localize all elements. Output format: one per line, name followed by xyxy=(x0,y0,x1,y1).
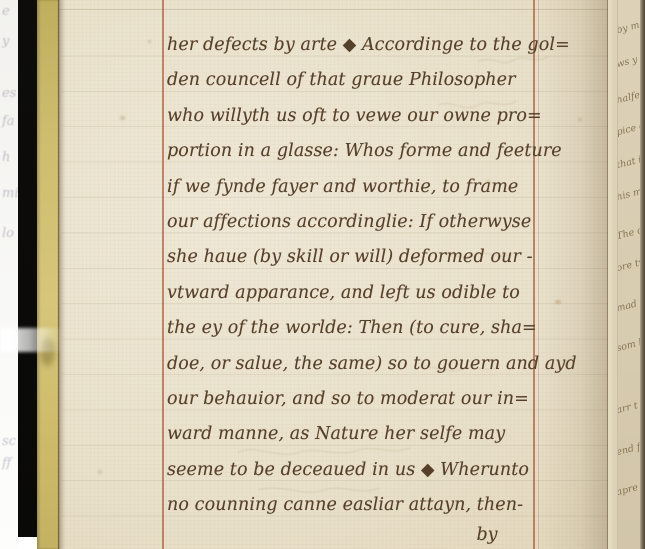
adjacent-text-fragment: arr t xyxy=(618,395,640,416)
photo-right-dark-edge xyxy=(640,0,645,549)
ghost-text-fragment: lo xyxy=(2,226,14,241)
adjacent-text-fragment: ore tw xyxy=(618,253,640,274)
foxing-spot xyxy=(98,470,102,474)
top-ruled-line xyxy=(58,9,612,10)
book-fore-edge-gold xyxy=(37,0,59,549)
adjacent-text-fragment: that is xyxy=(618,150,640,171)
text-line: vtward apparance, and left us odible to xyxy=(167,276,557,311)
left-margin-rule-line xyxy=(162,0,164,549)
adjacent-text-fragment: mad f xyxy=(618,293,640,314)
text-line: if we fynde fayer and worthie, to frame xyxy=(167,170,557,205)
manuscript-page: her defects by arte ◆ Accordinge to the … xyxy=(58,0,612,549)
adjacent-text-fragment: som h xyxy=(618,333,640,354)
ghost-text-fragment: e xyxy=(2,4,10,19)
adjacent-text-fragment: halfe m xyxy=(618,85,640,106)
adjacent-text-fragment: apre xyxy=(618,477,640,498)
text-line: she haue (by skill or will) deformed our… xyxy=(167,240,557,275)
ghost-text-fragment: sc xyxy=(2,434,16,449)
gutter-shadow xyxy=(58,0,66,549)
ghost-text-fragment: fa xyxy=(2,114,15,129)
adjacent-text-fragment: The ca xyxy=(618,221,640,242)
ghost-text-fragment: h xyxy=(2,150,10,165)
ghost-text-fragment: y xyxy=(2,34,9,49)
adjacent-text-fragment: his ma xyxy=(618,182,640,203)
adjacent-text-fragment: ws y al xyxy=(618,49,640,70)
text-line: her defects by arte ◆ Accordinge to the … xyxy=(167,28,557,63)
text-line: our behauior, and so to moderat our in= xyxy=(167,382,557,417)
adjacent-page-edge: by mad ws y al halfe m pice of that is h… xyxy=(618,0,640,549)
foxing-spot xyxy=(148,40,151,43)
ghost-text-fragment: ff xyxy=(2,456,11,471)
text-line: ward manne, as Nature her selfe may xyxy=(167,417,557,452)
manuscript-photo: her defects by arte ◆ Accordinge to the … xyxy=(0,0,645,549)
text-line: our affections accordinglie: If otherwys… xyxy=(167,205,557,240)
text-line: seeme to be deceaued in us ◆ Wherunto xyxy=(167,453,557,488)
ghost-text-fragment: mi xyxy=(2,186,18,201)
text-line: portion in a glasse: Whos forme and feet… xyxy=(167,134,557,169)
light-reflection-streak xyxy=(0,328,64,352)
text-line: no counning canne easliar attayn, then- xyxy=(167,488,557,523)
text-line: the ey of the worlde: Then (to cure, sha… xyxy=(167,311,557,346)
black-backdrop-strip xyxy=(18,0,37,537)
adjacent-text-fragment: pice of xyxy=(618,117,640,138)
adjacent-text-fragment: by mad xyxy=(618,15,640,36)
catchword: by xyxy=(462,525,512,545)
page-fold-band xyxy=(607,0,618,549)
ghost-text-fragment: es xyxy=(2,86,16,101)
foxing-spot xyxy=(120,116,125,120)
handwritten-text-block: her defects by arte ◆ Accordinge to the … xyxy=(167,28,557,523)
page-curve-shadow xyxy=(540,0,612,549)
text-line: who willyth us oft to vewe our owne pro= xyxy=(167,99,557,134)
adjacent-text-fragment: end f xyxy=(618,437,640,458)
text-line: doe, or salue, the same) so to gouern an… xyxy=(167,347,557,382)
text-line: den councell of that graue Philosopher xyxy=(167,63,557,98)
left-mat-strip: e y es fa h mi lo sc ff xyxy=(0,0,18,549)
